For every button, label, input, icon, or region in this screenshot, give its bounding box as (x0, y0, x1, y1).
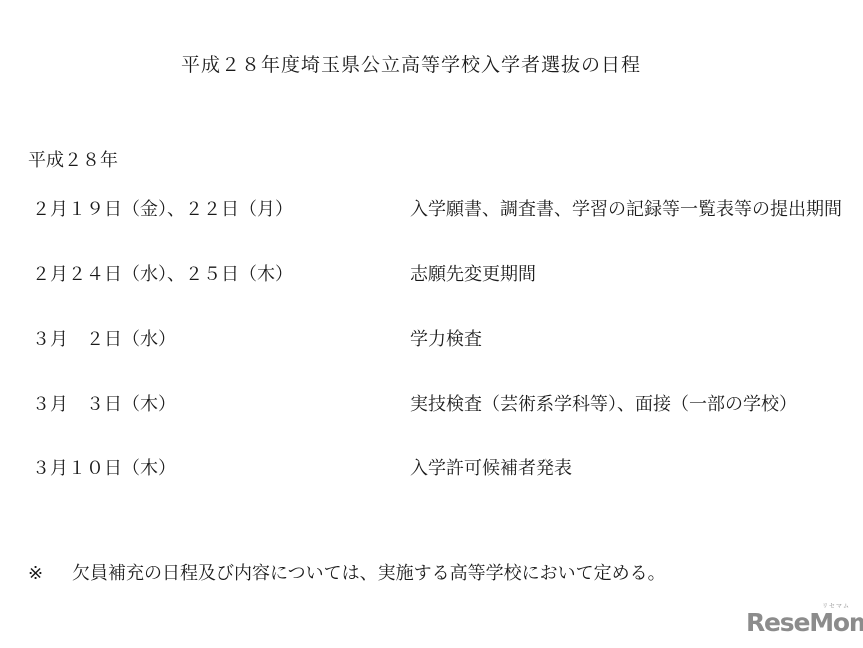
schedule-row: ２月２４日（水）、２５日（木） 志願先変更期間 (0, 264, 863, 288)
resemom-logo: リセマム ReseMom. (746, 604, 862, 646)
footnote-marker: ※ (28, 563, 43, 585)
schedule-event: 実技検査（芸術系学科等）、面接（一部の学校） (410, 394, 797, 416)
schedule-event: 学力検査 (410, 329, 482, 351)
logo-wordmark: ReseMom. (746, 610, 863, 635)
schedule-event: 志願先変更期間 (410, 264, 536, 286)
era-year-label: 平成２８年 (28, 150, 118, 172)
schedule-date: ２月２４日（水）、２５日（木） (32, 264, 293, 286)
document-page: 平成２８年度埼玉県公立高等学校入学者選抜の日程 平成２８年 ２月１９日（金）、２… (0, 0, 863, 648)
footnote-text: 欠員補充の日程及び内容については、実施する高等学校において定める。 (72, 563, 666, 585)
footnote: ※ 欠員補充の日程及び内容については、実施する高等学校において定める。 (0, 563, 863, 587)
schedule-event: 入学願書、調査書、学習の記録等一覧表等の提出期間 (410, 199, 842, 221)
schedule-date: ３月 ２日（水） (32, 329, 176, 351)
schedule-date: ２月１９日（金）、２２日（月） (32, 199, 293, 221)
schedule-event: 入学許可候補者発表 (410, 458, 572, 480)
page-title: 平成２８年度埼玉県公立高等学校入学者選抜の日程 (0, 55, 822, 78)
schedule-row: ３月 ３日（木） 実技検査（芸術系学科等）、面接（一部の学校） (0, 394, 863, 418)
schedule-row: ３月 ２日（水） 学力検査 (0, 329, 863, 353)
schedule-row: ３月１０日（木） 入学許可候補者発表 (0, 458, 863, 482)
schedule-date: ３月１０日（木） (32, 458, 176, 480)
schedule-date: ３月 ３日（木） (32, 394, 176, 416)
schedule-row: ２月１９日（金）、２２日（月） 入学願書、調査書、学習の記録等一覧表等の提出期間 (0, 199, 863, 223)
